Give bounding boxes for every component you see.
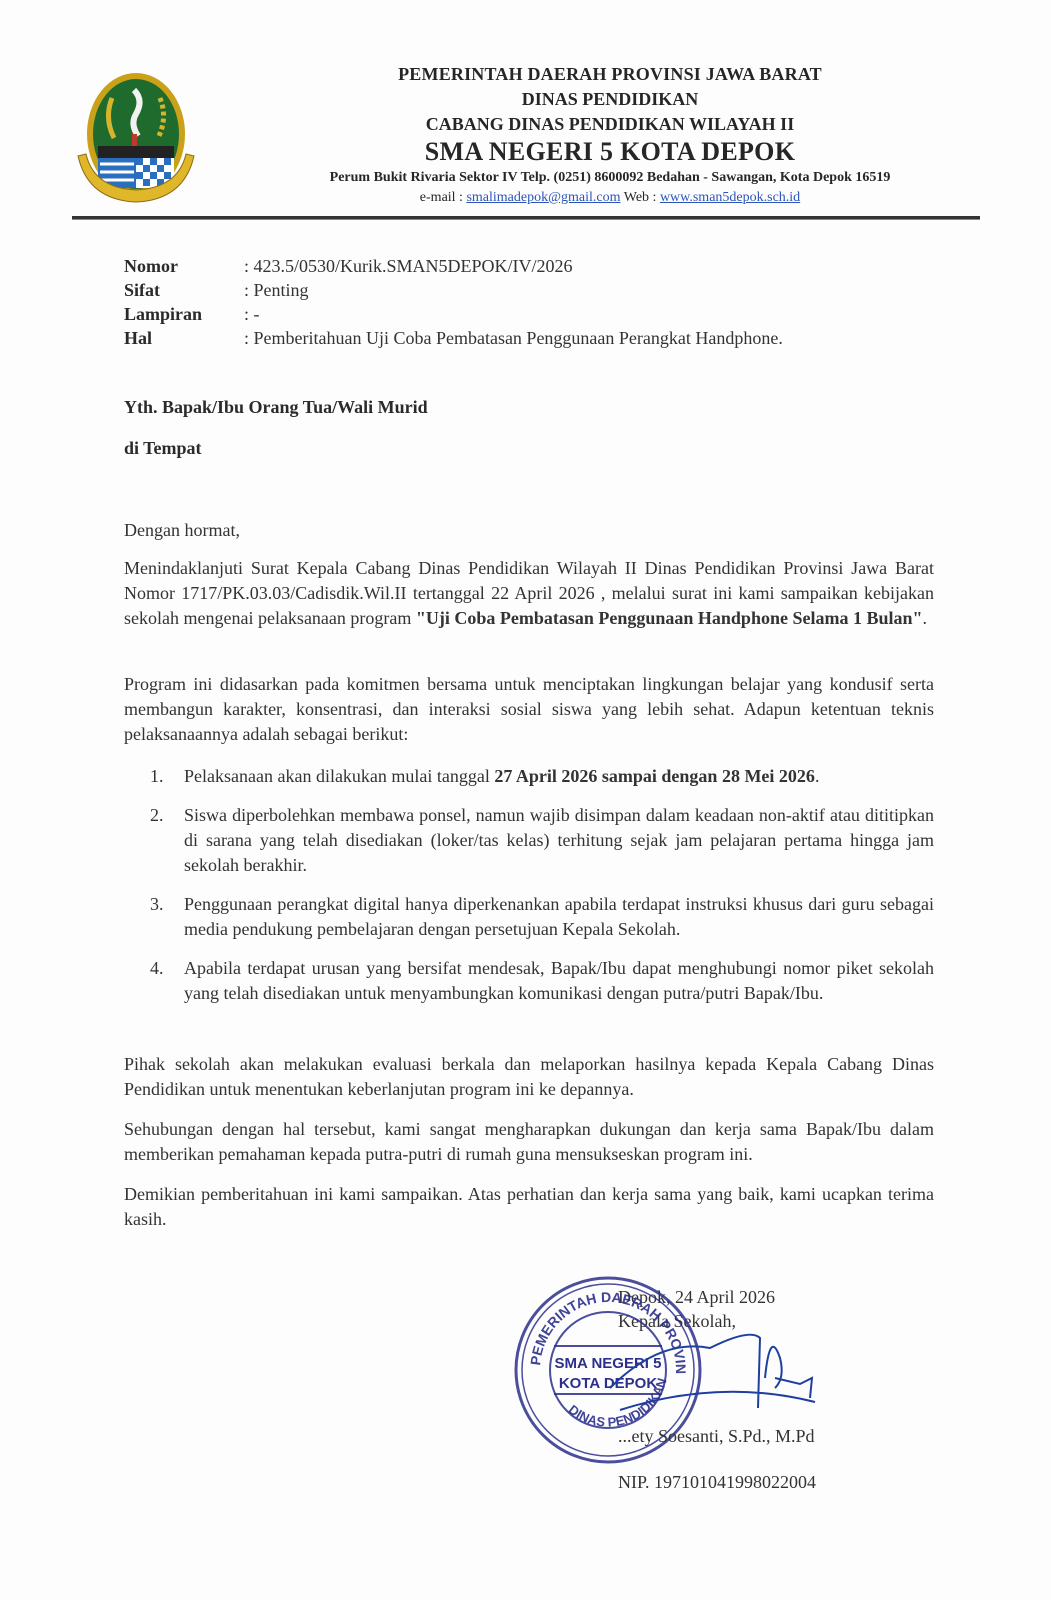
list-number: 3.: [150, 892, 184, 942]
meta-label: Sifat: [124, 278, 244, 302]
letterhead-divider: [72, 216, 980, 219]
list-number: 4.: [150, 956, 184, 1006]
list-text: Apabila terdapat urusan yang bersifat me…: [184, 956, 934, 1006]
program-name: "Uji Coba Pembatasan Penggunaan Handphon…: [416, 608, 923, 628]
signer-nip: NIP. 197101041998022004: [618, 1470, 816, 1494]
recipient-place: di Tempat: [124, 438, 202, 459]
web-link[interactable]: www.sman5depok.sch.id: [660, 190, 800, 205]
branch-title: CABANG DINAS PENDIDIKAN WILAYAH II: [210, 114, 1010, 135]
list-dates: 27 April 2026 sampai dengan 28 Mei 2026: [494, 766, 815, 786]
paragraph-intro: Menindaklanjuti Surat Kepala Cabang Dina…: [124, 556, 934, 631]
meta-row-nomor: Nomor : 423.5/0530/Kurik.SMAN5DEPOK/IV/2…: [124, 254, 783, 278]
list-number: 1.: [150, 764, 184, 789]
meta-row-sifat: Sifat : Penting: [124, 278, 783, 302]
paragraph-closing: Demikian pemberitahuan ini kami sampaika…: [124, 1182, 934, 1232]
email-label: e-mail :: [420, 190, 463, 205]
list-item: 3. Penggunaan perangkat digital hanya di…: [150, 892, 934, 942]
meta-row-hal: Hal : Pemberitahuan Uji Coba Pembatasan …: [124, 326, 783, 350]
meta-row-lampiran: Lampiran : -: [124, 302, 783, 326]
signer-name: ...ety Soesanti, S.Pd., M.Pd: [618, 1424, 815, 1448]
list-item: 4. Apabila terdapat urusan yang bersifat…: [150, 956, 934, 1006]
list-text: Penggunaan perangkat digital hanya diper…: [184, 892, 934, 942]
list-text: .: [815, 766, 820, 786]
meta-value: : Penting: [244, 278, 309, 302]
meta-label: Nomor: [124, 254, 244, 278]
meta-label: Lampiran: [124, 302, 244, 326]
meta-value: : -: [244, 302, 260, 326]
contact-line: e-mail : smalimadepok@gmail.com Web : ww…: [210, 190, 1010, 206]
list-text: Pelaksanaan akan dilakukan mulai tanggal: [184, 766, 494, 786]
paragraph-evaluation: Pihak sekolah akan melakukan evaluasi be…: [124, 1052, 934, 1102]
greeting: Dengan hormat,: [124, 518, 934, 543]
west-java-emblem-icon: [72, 68, 200, 212]
paragraph-basis: Program ini didasarkan pada komitmen ber…: [124, 672, 934, 747]
school-address: Perum Bukit Rivaria Sektor IV Telp. (025…: [210, 170, 1010, 186]
government-title: PEMERINTAH DAERAH PROVINSI JAWA BARAT: [210, 64, 1010, 85]
meta-value: : 423.5/0530/Kurik.SMAN5DEPOK/IV/2026: [244, 254, 573, 278]
paragraph-support: Sehubungan dengan hal tersebut, kami san…: [124, 1117, 934, 1167]
recipient: Yth. Bapak/Ibu Orang Tua/Wali Murid: [124, 397, 428, 418]
provisions-list: 1. Pelaksanaan akan dilakukan mulai tang…: [150, 764, 934, 1020]
email-link[interactable]: smalimadepok@gmail.com: [466, 190, 620, 205]
meta-value: : Pemberitahuan Uji Coba Pembatasan Peng…: [244, 326, 783, 350]
school-name: SMA NEGERI 5 KOTA DEPOK: [210, 137, 1010, 167]
list-item: 1. Pelaksanaan akan dilakukan mulai tang…: [150, 764, 934, 789]
list-text: Siswa diperbolehkan membawa ponsel, namu…: [184, 803, 934, 878]
meta-label: Hal: [124, 326, 244, 350]
letter-meta: Nomor : 423.5/0530/Kurik.SMAN5DEPOK/IV/2…: [124, 254, 783, 350]
paragraph-text: .: [922, 608, 927, 628]
list-number: 2.: [150, 803, 184, 878]
department-title: DINAS PENDIDIKAN: [210, 89, 1010, 110]
list-item: 2. Siswa diperbolehkan membawa ponsel, n…: [150, 803, 934, 878]
handwritten-signature-icon: [600, 1318, 830, 1418]
web-label: Web :: [624, 190, 657, 205]
